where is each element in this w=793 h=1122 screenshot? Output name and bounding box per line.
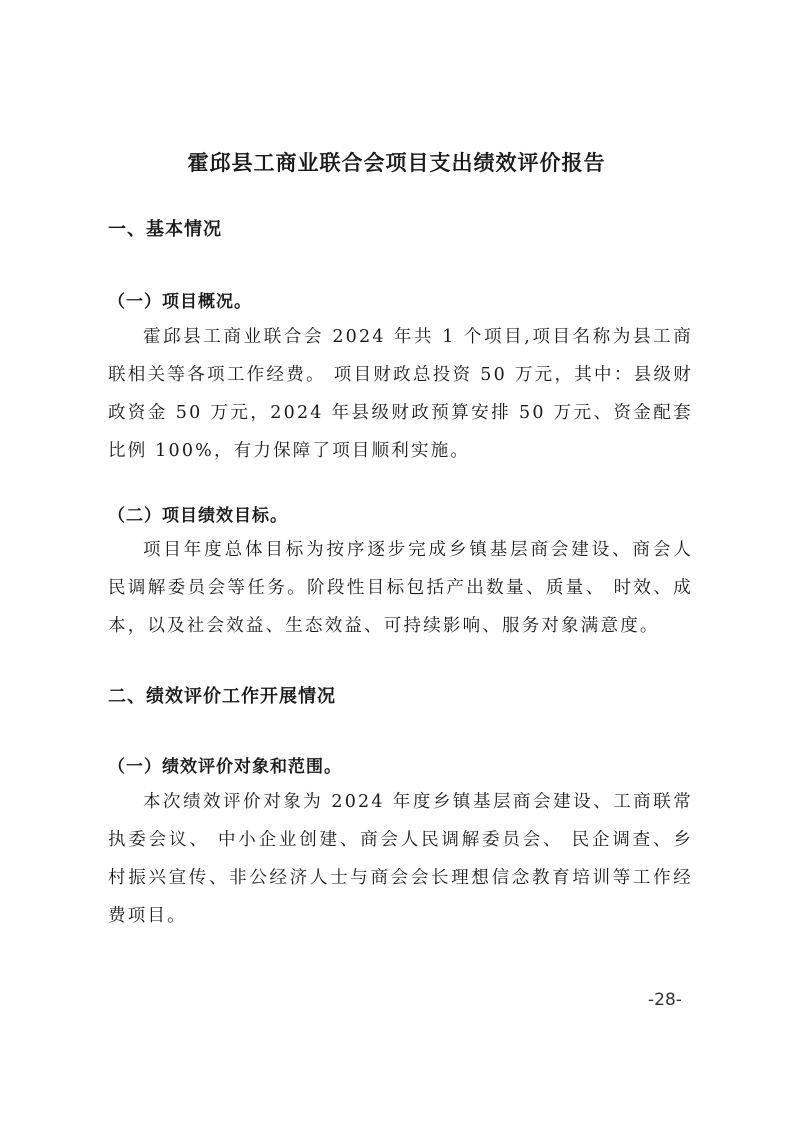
subsection-heading-performance-goals: （二）项目绩效目标。 bbox=[108, 501, 288, 526]
page-number: -28- bbox=[648, 990, 682, 1010]
paragraph-performance-goals: 项目年度总体目标为按序逐步完成乡镇基层商会建设、商会人民调解委员会等任务。阶段性… bbox=[108, 531, 693, 645]
subsection-heading-project-overview: （一）项目概况。 bbox=[108, 287, 252, 312]
paragraph-project-overview: 霍邱县工商业联合会 2024 年共 1 个项目,项目名称为县工商联相关等各项工作… bbox=[108, 318, 693, 470]
subsection-heading-evaluation-scope: （一）绩效评价对象和范围。 bbox=[108, 752, 342, 777]
paragraph-evaluation-scope: 本次绩效评价对象为 2024 年度乡镇基层商会建设、工商联常执委会议、 中小企业… bbox=[108, 783, 693, 935]
section-heading-basic-info: 一、基本情况 bbox=[108, 215, 222, 241]
section-heading-evaluation-work: 二、绩效评价工作开展情况 bbox=[108, 682, 336, 708]
document-title: 霍邱县工商业联合会项目支出绩效评价报告 bbox=[0, 147, 793, 177]
